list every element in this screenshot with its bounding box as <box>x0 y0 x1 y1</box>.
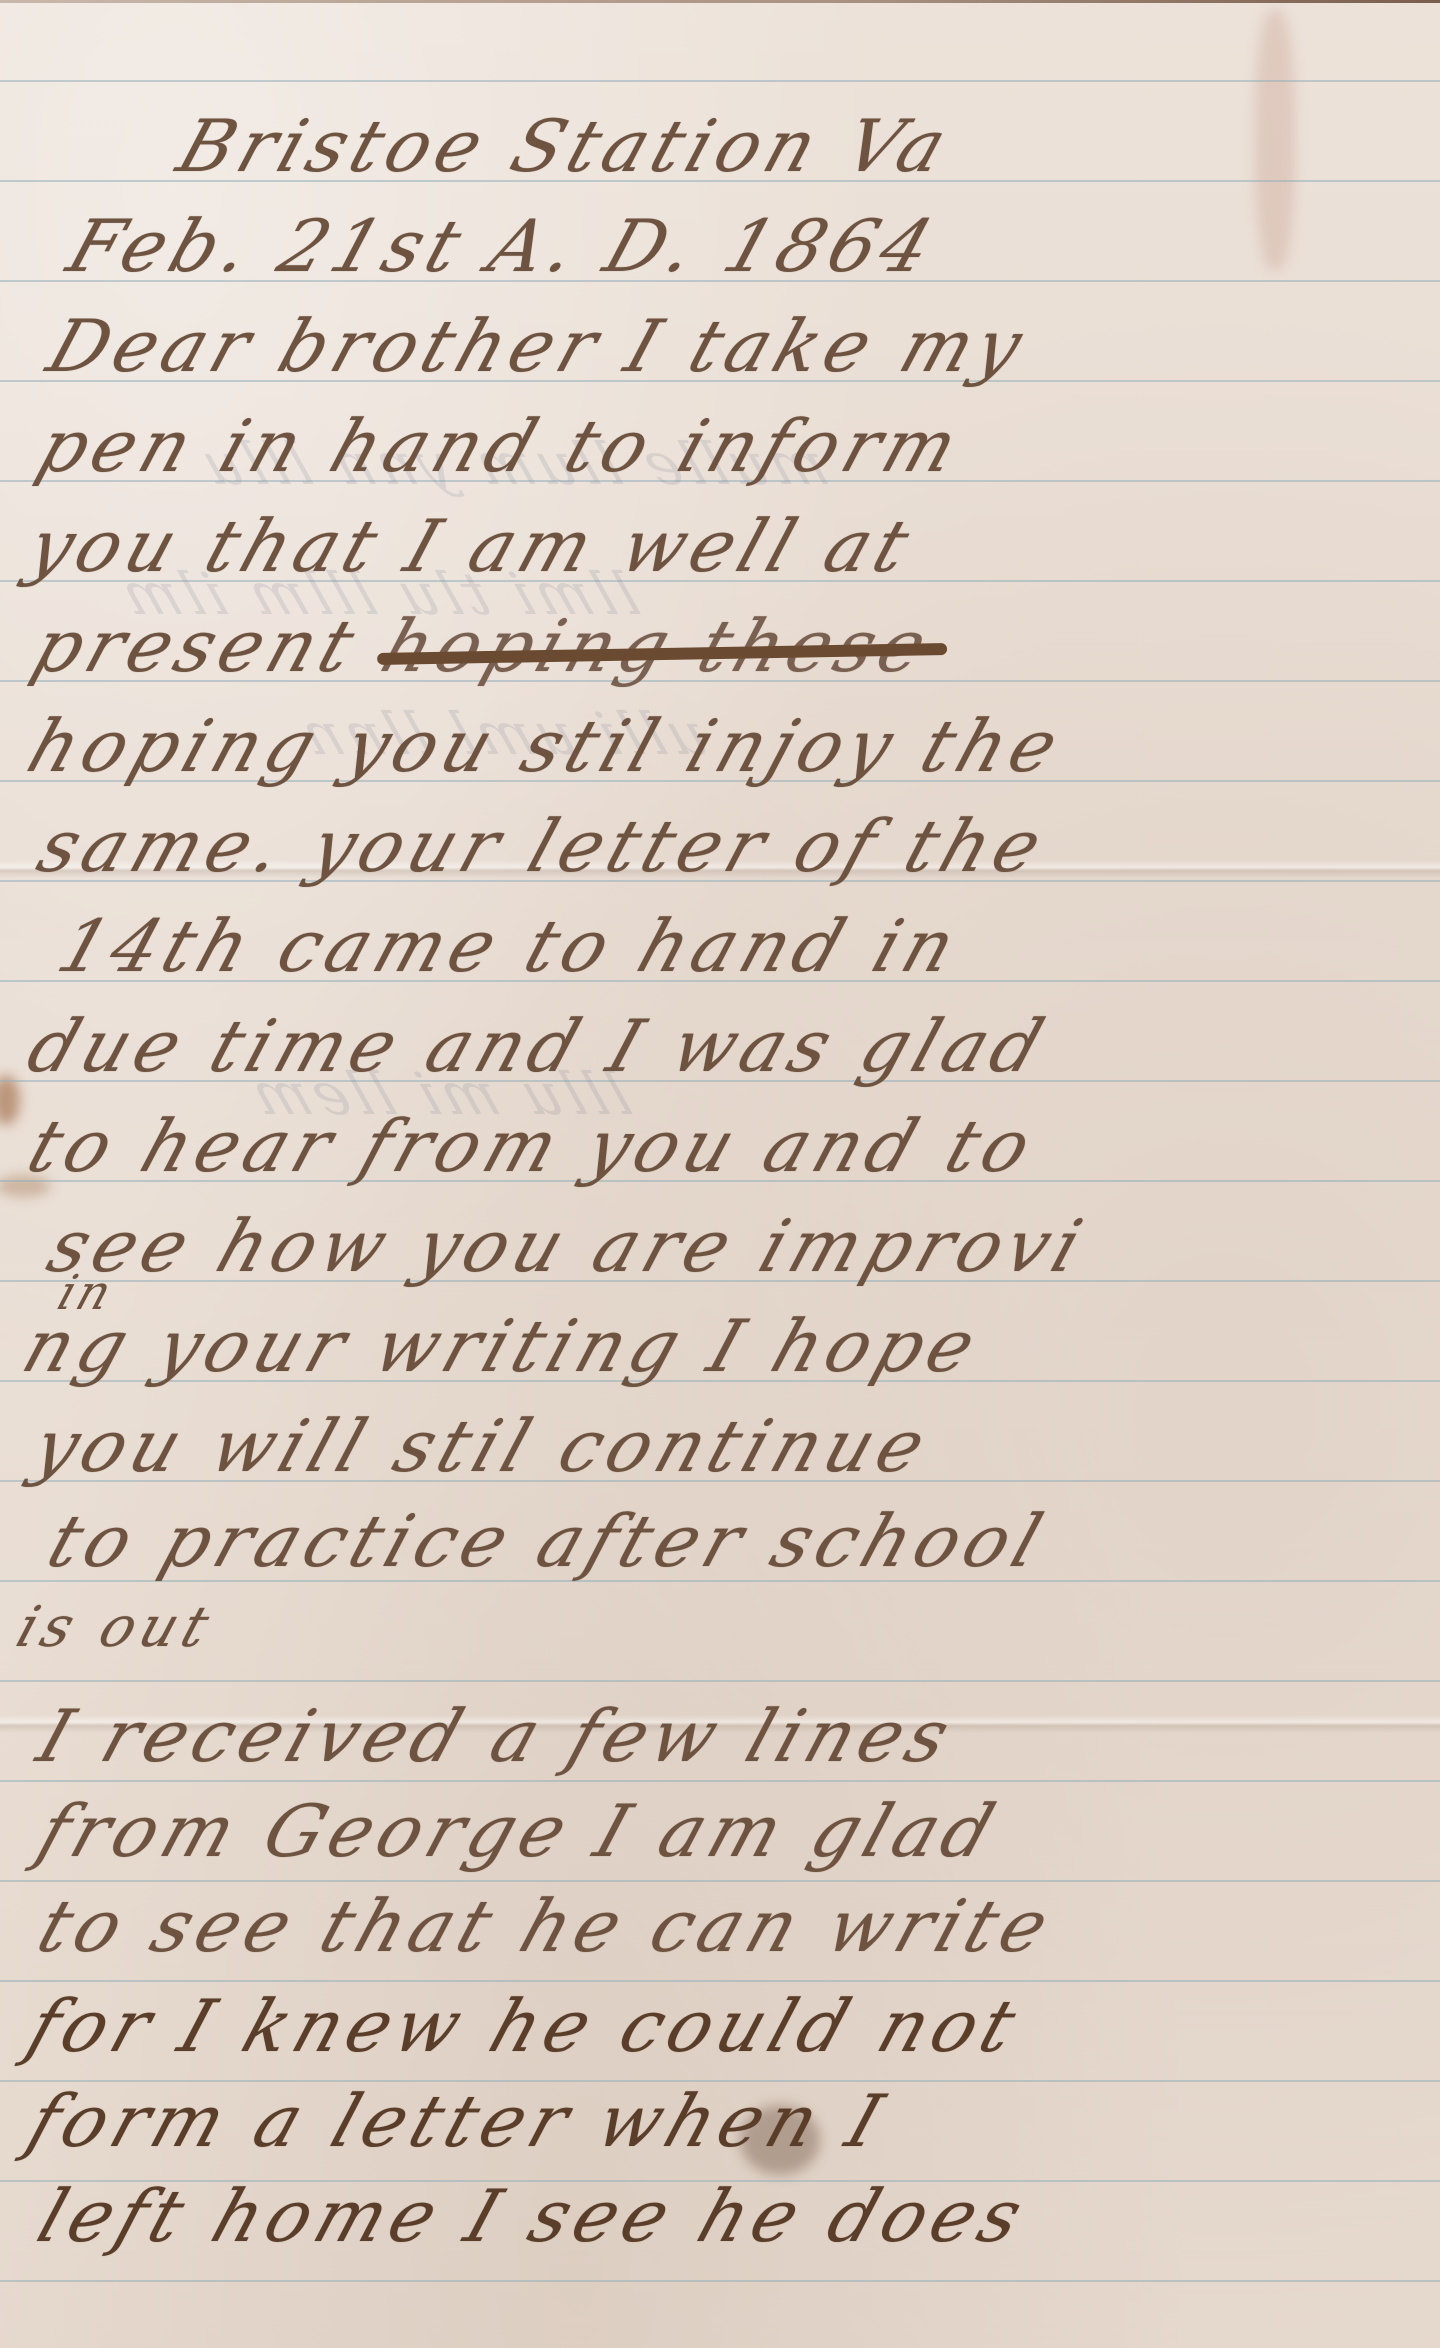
text-line: you will stil continue <box>25 1410 939 1482</box>
text-line: same. your letter of the <box>30 810 1056 882</box>
text-line: pen in hand to inform <box>30 410 972 482</box>
rust-stain <box>1255 10 1295 270</box>
ruled-line <box>0 1980 1440 1982</box>
text-line: to hear from you and to <box>20 1110 1045 1182</box>
text-line: from George I am glad <box>30 1795 1008 1867</box>
text-line: hoping you stil injoy the <box>20 710 1072 782</box>
letter-page: mulle llum ynn lllu llmi tlu lllm ilm ul… <box>0 0 1440 2348</box>
text-line: you that I am well at <box>20 510 923 582</box>
text-line: for I knew he could not <box>20 1990 1030 2062</box>
text-line: to practice after school <box>40 1505 1056 1577</box>
text-line: see how you are improvi <box>40 1210 1096 1282</box>
text-line: ng your writing I hope <box>15 1310 990 1382</box>
ruled-line <box>0 1880 1440 1882</box>
ruled-line <box>0 1680 1440 1682</box>
text-line: is out <box>10 1600 221 1656</box>
ruled-line <box>0 1780 1440 1782</box>
place-heading: Bristoe Station Va <box>170 110 961 182</box>
text-line: form a letter when I <box>20 2085 897 2157</box>
text-line: to see that he can write <box>30 1890 1063 1962</box>
paper-top-edge <box>0 0 1440 3</box>
text-line: due time and I was glad <box>20 1010 1057 1082</box>
text-line: I received a few lines <box>30 1700 964 1772</box>
ruled-line <box>0 80 1440 82</box>
text-line: present hoping these <box>25 610 941 682</box>
text-line: 14th came to hand in <box>50 910 969 982</box>
salutation-line: Dear brother I take my <box>40 310 1036 382</box>
text-line: left home I see he does <box>30 2180 1036 2252</box>
struck-out-text: hoping these <box>372 604 943 688</box>
edge-stain <box>0 1075 20 1125</box>
ruled-line <box>0 2280 1440 2282</box>
date-line: Feb. 21st A. D. 1864 <box>60 210 946 282</box>
